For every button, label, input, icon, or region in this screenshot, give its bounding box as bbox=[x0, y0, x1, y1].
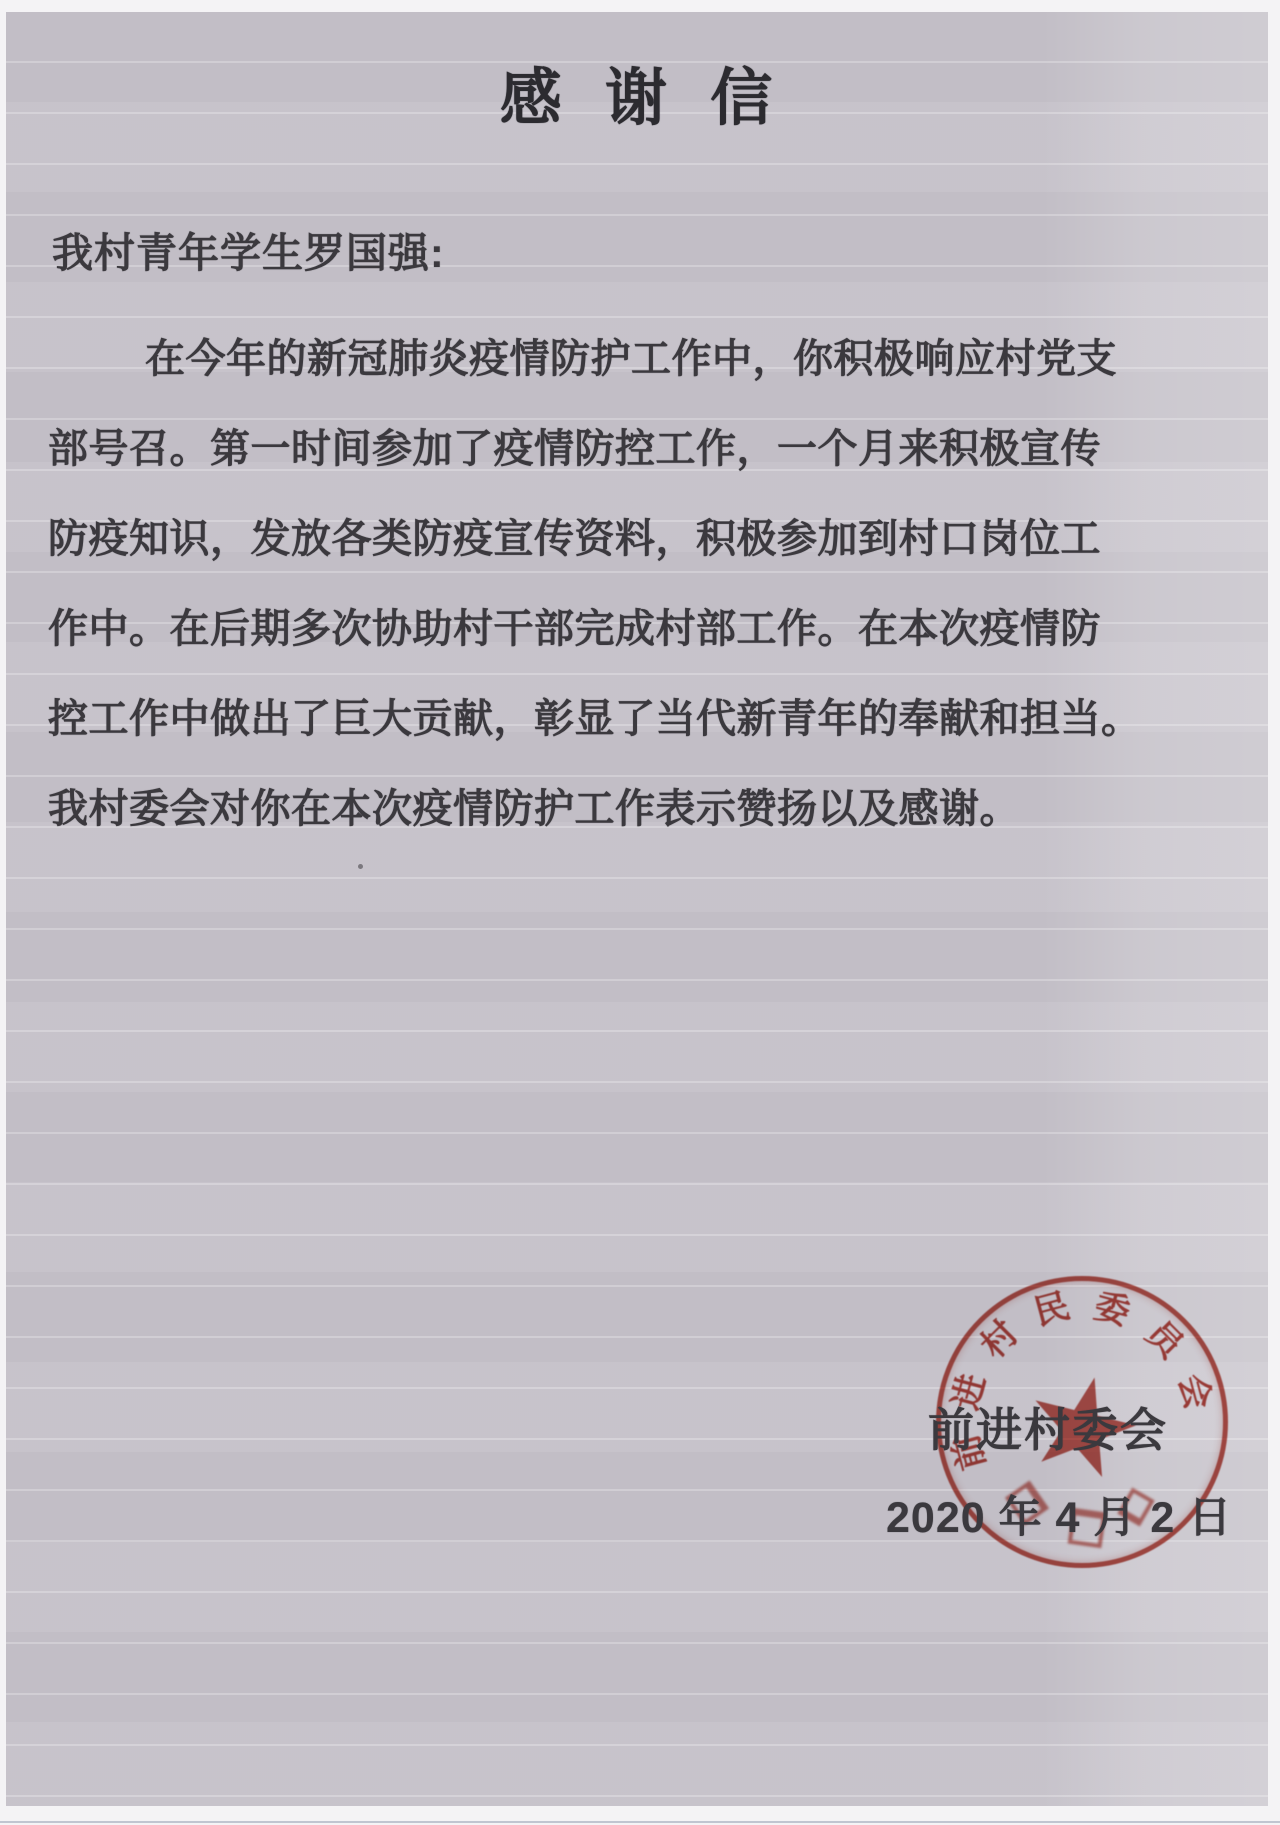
body-line: 防疫知识，发放各类防疫宣传资料，积极参加到村口岗位工 bbox=[48, 494, 1128, 584]
body-line: 我村委会对你在本次疫情防护工作表示赞扬以及感谢。 bbox=[48, 764, 1128, 854]
body-line: 控工作中做出了巨大贡献，彰显了当代新青年的奉献和担当。 bbox=[48, 674, 1128, 764]
letter-title: 感 谢 信 bbox=[6, 48, 1268, 137]
letter-body: 在今年的新冠肺炎疫情防护工作中，你积极响应村党支 部号召。第一时间参加了疫情防控… bbox=[48, 314, 1128, 854]
body-line: 部号召。第一时间参加了疫情防控工作，一个月来积极宣传 bbox=[48, 404, 1128, 494]
letter-salutation: 我村青年学生罗国强: bbox=[52, 220, 445, 279]
body-line: 在今年的新冠肺炎疫情防护工作中，你积极响应村党支 bbox=[48, 314, 1128, 404]
scanned-letter-page: 感 谢 信 我村青年学生罗国强: 在今年的新冠肺炎疫情防护工作中，你积极响应村党… bbox=[6, 12, 1268, 1806]
scan-speck-artifact bbox=[358, 864, 363, 869]
letter-date: 2020 年 4 月 2 日 bbox=[886, 1484, 1232, 1545]
body-line: 作中。在后期多次协助村干部完成村部工作。在本次疫情防 bbox=[48, 584, 1128, 674]
letter-signature: 前进村委会 bbox=[928, 1394, 1168, 1460]
scan-bottom-edge bbox=[0, 1821, 1280, 1823]
